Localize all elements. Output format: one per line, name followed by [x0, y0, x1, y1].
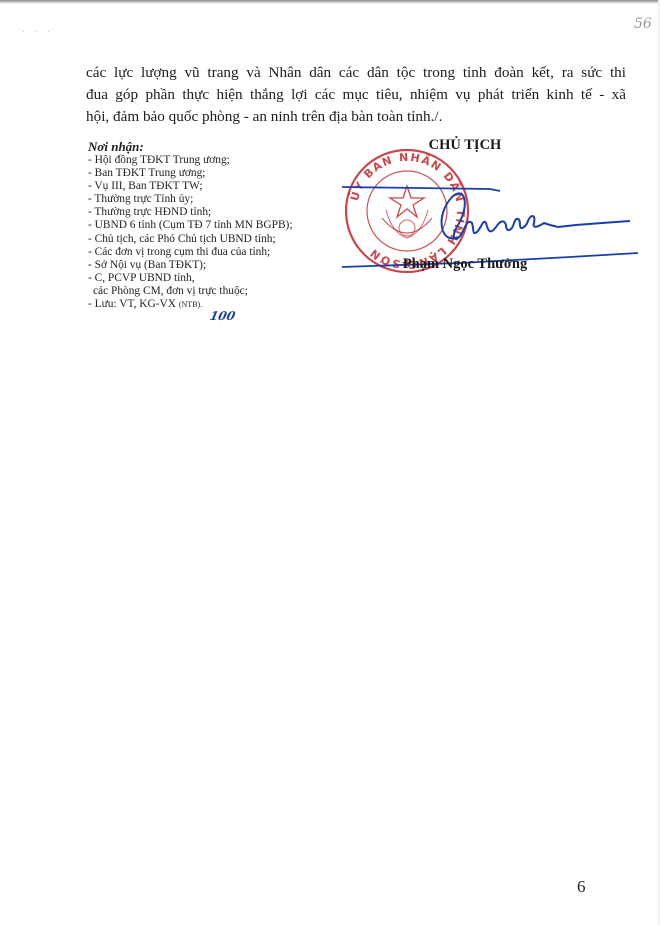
- closing-paragraph: các lực lượng vũ trang và Nhân dân các d…: [86, 62, 626, 128]
- paragraph-line: các lực lượng vũ trang và Nhân dân các d…: [86, 62, 626, 84]
- recipient-item: - Chủ tịch, các Phó Chủ tịch UBND tỉnh;: [88, 233, 348, 246]
- signer-title: CHỦ TỊCH: [400, 137, 530, 154]
- recipient-item: - Các đơn vị trong cụm thi đua của tỉnh;: [88, 246, 348, 259]
- recipient-item: - C, PCVP UBND tỉnh,: [88, 272, 348, 285]
- faint-scan-mark: . . .: [22, 24, 53, 35]
- handwritten-page-number: 56: [634, 16, 652, 32]
- recipient-item: - Thường trực Tỉnh ủy;: [88, 193, 348, 206]
- recipients-title: Nơi nhận:: [88, 139, 348, 154]
- recipients-list: Nơi nhận: - Hội đồng TĐKT Trung ương; - …: [88, 139, 348, 311]
- handwritten-ink-note: 100: [209, 309, 237, 323]
- recipient-item: - Sở Nội vụ (Ban TĐKT);: [88, 259, 348, 272]
- recipient-item: - Ban TĐKT Trung ương;: [88, 167, 348, 180]
- recipient-item: - Vụ III, Ban TĐKT TW;: [88, 180, 348, 193]
- paragraph-line: hội, đảm bảo quốc phòng - an ninh trên đ…: [86, 106, 626, 128]
- signer-name: Phạm Ngọc Thưởng: [390, 256, 540, 273]
- page-number: 6: [577, 877, 586, 897]
- recipient-item: - Hội đồng TĐKT Trung ương;: [88, 154, 348, 167]
- recipient-item: - UBND 6 tỉnh (Cụm TĐ 7 tỉnh MN BGPB);: [88, 219, 348, 232]
- archive-initials: (NTB).: [179, 300, 202, 309]
- paragraph-line: đua góp phần thực hiện thắng lợi các mục…: [86, 84, 626, 106]
- scan-edge-top: [0, 0, 660, 4]
- recipient-item: các Phòng CM, đơn vị trực thuộc;: [88, 285, 348, 298]
- recipient-item: - Thường trực HĐND tỉnh;: [88, 206, 348, 219]
- archive-prefix: - Lưu: VT, KG-VX: [88, 298, 179, 310]
